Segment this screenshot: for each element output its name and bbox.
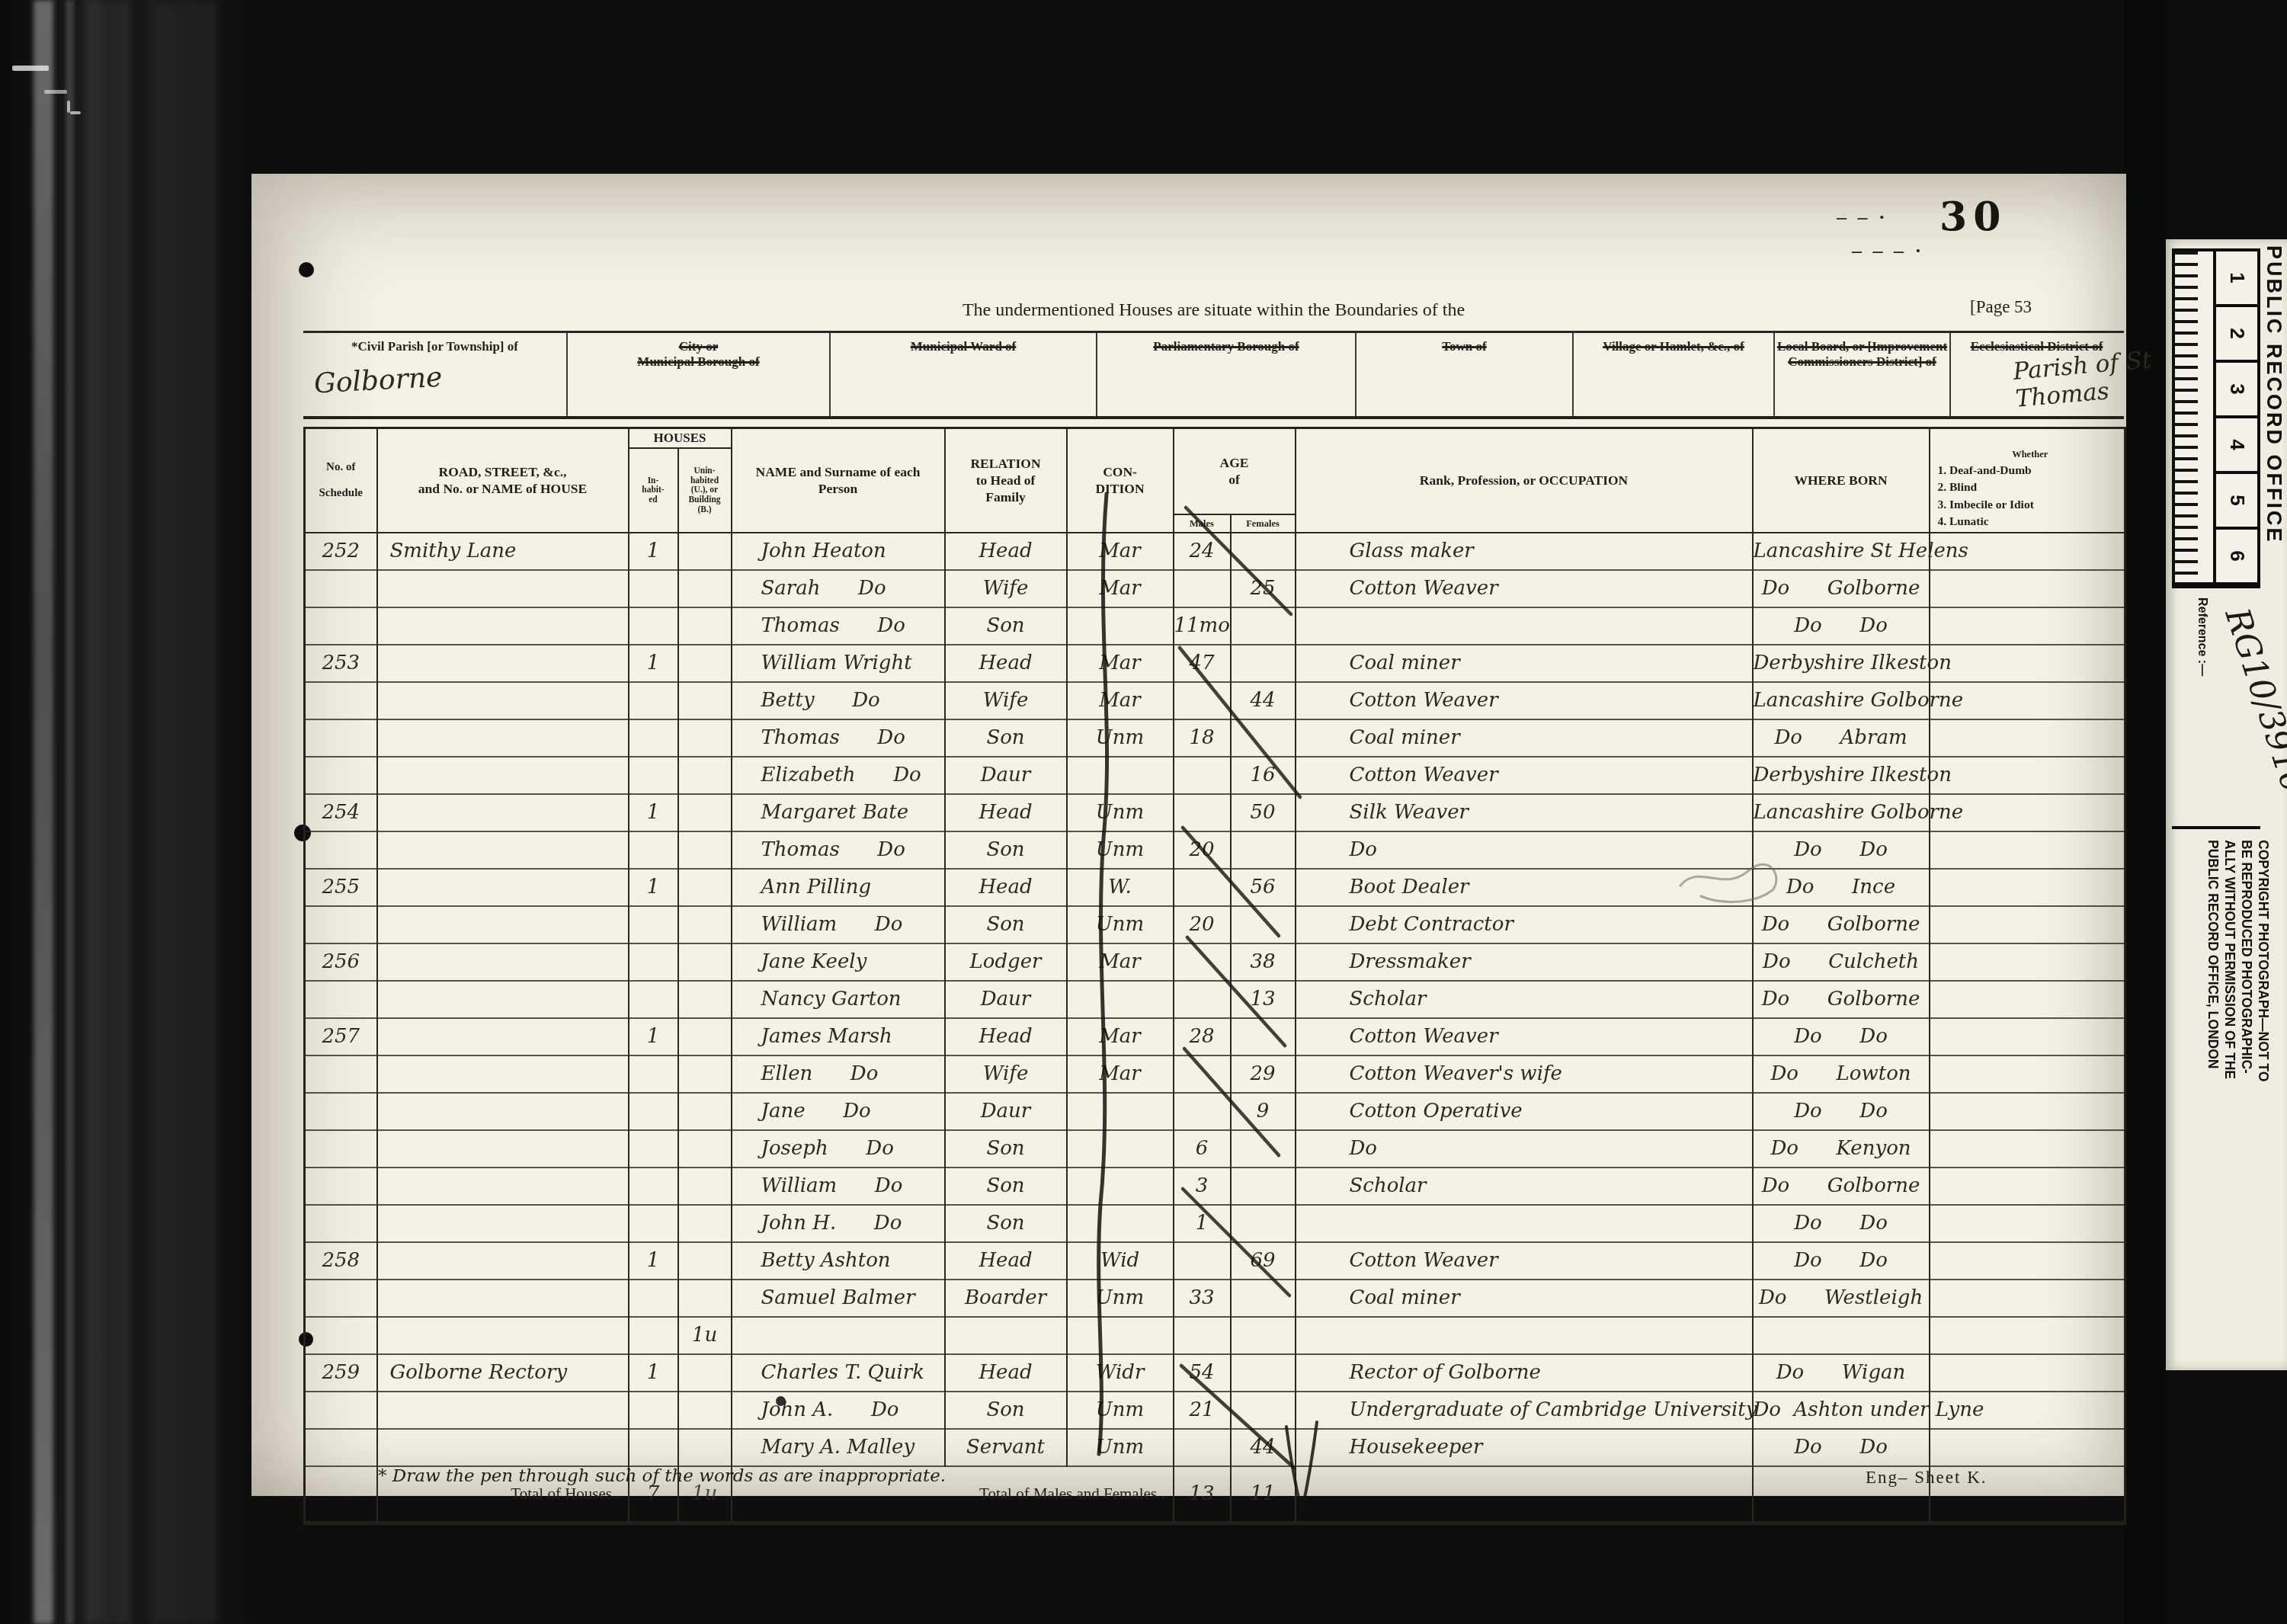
cell-name: Nancy Garton: [732, 981, 945, 1018]
cell-age-male: [1174, 981, 1231, 1018]
cell-condition: Unm: [1067, 794, 1174, 831]
cell-uninhabited: [678, 607, 732, 645]
cell-name: John Heaton: [732, 533, 945, 570]
cell-infirmity: [1930, 1055, 2125, 1093]
cell-age-male: [1174, 794, 1231, 831]
cell-schedule: [305, 1055, 377, 1093]
cell-schedule: [305, 1130, 377, 1168]
cell-age-female: [1231, 831, 1296, 869]
whether-items: 1. Deaf-and-Dumb 2. Blind 3. Imbecile or…: [1938, 464, 2034, 528]
cell-age-male: 6: [1174, 1130, 1231, 1168]
cell-age-female: [1231, 1168, 1296, 1205]
cell-relation: Son: [945, 607, 1067, 645]
cell-inhabited: 1: [629, 869, 678, 906]
cell-uninhabited: [678, 1205, 732, 1242]
cell-age-male: 3: [1174, 1168, 1231, 1205]
page-number-stamp: 30: [1939, 194, 2007, 240]
cell-road: [377, 607, 629, 645]
cell-occupation: Silk Weaver: [1296, 794, 1753, 831]
cell-infirmity: [1930, 831, 2125, 869]
cell-age-female: [1231, 607, 1296, 645]
cell-age-male: [1174, 943, 1231, 981]
cell-schedule: 253: [305, 645, 377, 682]
ruler-cell: 4: [2216, 418, 2257, 474]
cell-age-female: [1231, 906, 1296, 943]
cell-road: [377, 906, 629, 943]
film-scratch: [12, 66, 49, 71]
cell-uninhabited: [678, 1168, 732, 1205]
cell-name: Ann Pilling: [732, 869, 945, 906]
cell-age-female: 44: [1231, 682, 1296, 719]
col-header-inhabited: In- habit- ed: [629, 448, 678, 533]
table-row: Thomas Do Son Unm 20 Do Do Do: [305, 831, 2125, 869]
cell-condition: Mar: [1067, 1055, 1174, 1093]
cell-where-born: Do Golborne: [1753, 981, 1930, 1018]
punch-hole: [299, 262, 314, 277]
cell-name: John H. Do: [732, 1205, 945, 1242]
cell-relation: Boarder: [945, 1280, 1067, 1317]
table-row: 259 Golborne Rectory 1 Charles T. Quirk …: [305, 1354, 2125, 1392]
cell-relation: Head: [945, 794, 1067, 831]
table-row: Mary A. Malley Servant Unm 44 Housekeepe…: [305, 1429, 2125, 1466]
table-row: 253 1 William Wright Head Mar 47 Coal mi…: [305, 645, 2125, 682]
cell-infirmity: [1930, 1130, 2125, 1168]
cell-inhabited: [629, 831, 678, 869]
cell-condition: W.: [1067, 869, 1174, 906]
cell-infirmity: [1930, 719, 2125, 757]
cell-name: Ellen Do: [732, 1055, 945, 1093]
cell-age-female: [1231, 1317, 1296, 1354]
cell-occupation: Boot Dealer: [1296, 869, 1753, 906]
page-title: The undermentioned Houses are situate wi…: [303, 300, 2124, 321]
cell-uninhabited: [678, 1093, 732, 1130]
cell-where-born: Do Golborne: [1753, 1168, 1930, 1205]
ruler-cell: 2: [2216, 307, 2257, 363]
cell-relation: Head: [945, 1018, 1067, 1055]
table-row: 257 1 James Marsh Head Mar 28 Cotton Wea…: [305, 1018, 2125, 1055]
ruler-cells: 1 2 3 4 5 6: [2216, 251, 2257, 582]
cell-condition: Mar: [1067, 682, 1174, 719]
cell-name: James Marsh: [732, 1018, 945, 1055]
field-civil-parish: *Civil Parish [or Township] of Golborne: [303, 333, 568, 416]
cell-infirmity: [1930, 1280, 2125, 1317]
cell-infirmity: [1930, 1317, 2125, 1354]
cell-where-born: Do Abram: [1753, 719, 1930, 757]
cell-name: Charles T. Quirk: [732, 1354, 945, 1392]
cell-schedule: 259: [305, 1354, 377, 1392]
cell-occupation: Do: [1296, 1130, 1753, 1168]
cell-age-female: 56: [1231, 869, 1296, 906]
cell-where-born: Do Golborne: [1753, 570, 1930, 607]
cell-uninhabited: [678, 570, 732, 607]
cell-infirmity: [1930, 645, 2125, 682]
ruler-cell: 3: [2216, 363, 2257, 418]
cell-schedule: 255: [305, 869, 377, 906]
cell-name: William Do: [732, 906, 945, 943]
cell-schedule: [305, 1429, 377, 1466]
cell-inhabited: [629, 757, 678, 794]
cell-relation: Son: [945, 1392, 1067, 1429]
cell-schedule: [305, 1093, 377, 1130]
cell-condition: [1067, 1130, 1174, 1168]
cell-relation: Son: [945, 831, 1067, 869]
cell-condition: Widr: [1067, 1354, 1174, 1392]
cell-relation: Wife: [945, 682, 1067, 719]
cell-uninhabited: [678, 943, 732, 981]
sheet-label: Eng– Sheet K.: [1866, 1468, 1988, 1488]
col-header-uninhabited: Unin- habited (U.), or Building (B.): [678, 448, 732, 533]
stamp-dashes: – – – ·: [1852, 239, 1924, 262]
cell-where-born: Do Lowton: [1753, 1055, 1930, 1093]
cell-occupation: [1296, 607, 1753, 645]
cell-where-born: Do Do: [1753, 1018, 1930, 1055]
cell-infirmity: [1930, 981, 2125, 1018]
field-village-hamlet: Village or Hamlet, &c., of: [1574, 333, 1775, 416]
cell-age-male: 20: [1174, 831, 1231, 869]
table-row: 256 Jane Keely Lodger Mar 38 Dressmaker …: [305, 943, 2125, 981]
cell-schedule: [305, 1205, 377, 1242]
cell-road: [377, 981, 629, 1018]
cell-age-female: [1231, 1280, 1296, 1317]
cell-schedule: 252: [305, 533, 377, 570]
cell-schedule: [305, 757, 377, 794]
stamp-dashes: – – ·: [1837, 206, 1888, 229]
cell-uninhabited: [678, 981, 732, 1018]
film-scratch: [67, 101, 70, 113]
cell-name: William Wright: [732, 645, 945, 682]
cell-relation: Head: [945, 869, 1067, 906]
cell-occupation: Rector of Golborne: [1296, 1354, 1753, 1392]
cell-road: [377, 869, 629, 906]
field-parliamentary-borough: Parliamentary Borough of: [1097, 333, 1357, 416]
cell-age-male: 18: [1174, 719, 1231, 757]
cell-uninhabited: [678, 1055, 732, 1093]
ruler-number: 2: [2225, 328, 2249, 338]
cell-where-born: Derbyshire Ilkeston: [1753, 645, 1930, 682]
cell-relation: Head: [945, 533, 1067, 570]
cell-road: [377, 943, 629, 981]
cell-road: [377, 1018, 629, 1055]
cell-inhabited: [629, 1205, 678, 1242]
cell-name: Thomas Do: [732, 719, 945, 757]
cell-occupation: Coal miner: [1296, 645, 1753, 682]
cell-road: [377, 1093, 629, 1130]
cell-road: [377, 757, 629, 794]
cell-uninhabited: [678, 719, 732, 757]
film-scratch: [70, 111, 81, 114]
table-row: 258 1 Betty Ashton Head Wid 69 Cotton We…: [305, 1242, 2125, 1280]
cell-occupation: Cotton Weaver: [1296, 757, 1753, 794]
cell-relation: Head: [945, 645, 1067, 682]
table-row: John A. Do Son Unm 21 Undergraduate of C…: [305, 1392, 2125, 1429]
census-scan: – – · – – – · 30 The undermentioned Hous…: [0, 0, 2287, 1624]
table-row: 255 1 Ann Pilling Head W. 56 Boot Dealer…: [305, 869, 2125, 906]
cell-schedule: [305, 682, 377, 719]
cell-occupation: [1296, 1317, 1753, 1354]
cell-inhabited: 1: [629, 794, 678, 831]
cell-blank: [1296, 1466, 1753, 1523]
field-ecclesiastical-district: Ecclesiastical District of Parish of St …: [1951, 333, 2122, 416]
table-row: Betty Do Wife Mar 44 Cotton Weaver Lanca…: [305, 682, 2125, 719]
cell-schedule: [305, 1168, 377, 1205]
cell-where-born: Lancashire Golborne: [1753, 682, 1930, 719]
cell-age-female: [1231, 533, 1296, 570]
table-row: William Do Son Unm 20 Debt Contractor Do…: [305, 906, 2125, 943]
ruler-ticks: [2175, 251, 2216, 582]
cell-name: Samuel Balmer: [732, 1280, 945, 1317]
table-row: William Do Son 3 Scholar Do Golborne: [305, 1168, 2125, 1205]
cell-condition: Unm: [1067, 1280, 1174, 1317]
table-row: Nancy Garton Daur 13 Scholar Do Golborne: [305, 981, 2125, 1018]
cell-occupation: Cotton Operative: [1296, 1093, 1753, 1130]
cell-occupation: Glass maker: [1296, 533, 1753, 570]
cell-infirmity: [1930, 943, 2125, 981]
cell-condition: [1067, 981, 1174, 1018]
cell-condition: Mar: [1067, 570, 1174, 607]
cell-infirmity: [1930, 1354, 2125, 1392]
field-label: Local Board, or [Improvement Commissione…: [1775, 339, 1949, 370]
cell-where-born: Do Do: [1753, 607, 1930, 645]
col-header-where-born: WHERE BORN: [1753, 428, 1930, 533]
cell-age-male: 33: [1174, 1280, 1231, 1317]
ruler-number: 6: [2225, 550, 2249, 561]
cell-relation: Servant: [945, 1429, 1067, 1466]
cell-age-female: 44: [1231, 1429, 1296, 1466]
cell-condition: Wid: [1067, 1242, 1174, 1280]
cell-uninhabited: [678, 645, 732, 682]
col-header-occupation: Rank, Profession, or OCCUPATION: [1296, 428, 1753, 533]
field-value-handwritten: Golborne: [313, 362, 443, 400]
cell-inhabited: [629, 682, 678, 719]
cell-where-born: Lancashire St Helens: [1753, 533, 1930, 570]
ruler-cell: 6: [2216, 530, 2257, 582]
cell-uninhabited: [678, 1130, 732, 1168]
cell-uninhabited: [678, 1392, 732, 1429]
cell-road: [377, 1429, 629, 1466]
cell-infirmity: [1930, 1205, 2125, 1242]
cell-name: Mary A. Malley: [732, 1429, 945, 1466]
cell-road: [377, 1392, 629, 1429]
cell-condition: [1067, 1317, 1174, 1354]
cell-age-male: 1: [1174, 1205, 1231, 1242]
cell-uninhabited: [678, 794, 732, 831]
cell-relation: Son: [945, 1130, 1067, 1168]
cell-relation: Daur: [945, 1093, 1067, 1130]
cell-name: Betty Do: [732, 682, 945, 719]
photographic-ruler: 1 2 3 4 5 6: [2172, 248, 2260, 585]
cell-uninhabited: [678, 1242, 732, 1280]
cell-age-female: [1231, 1354, 1296, 1392]
cell-condition: [1067, 607, 1174, 645]
cell-uninhabited: [678, 831, 732, 869]
cell-infirmity: [1930, 1018, 2125, 1055]
cell-relation: [945, 1317, 1067, 1354]
table-row: Samuel Balmer Boarder Unm 33 Coal miner …: [305, 1280, 2125, 1317]
cell-road: [377, 570, 629, 607]
cell-occupation: Undergraduate of Cambridge University: [1296, 1392, 1753, 1429]
cell-occupation: Housekeeper: [1296, 1429, 1753, 1466]
cell-where-born: [1753, 1317, 1930, 1354]
ruler-cell: 5: [2216, 474, 2257, 530]
ruler-number: 3: [2225, 383, 2249, 394]
cell-age-male: [1174, 570, 1231, 607]
enumeration-table: No. of Schedule ROAD, STREET, &c., and N…: [303, 427, 2126, 1525]
cell-infirmity: [1930, 869, 2125, 906]
total-females: 11: [1231, 1466, 1296, 1523]
cell-relation: Son: [945, 719, 1067, 757]
table-header: No. of Schedule ROAD, STREET, &c., and N…: [305, 428, 2125, 533]
cell-infirmity: [1930, 607, 2125, 645]
cell-relation: Lodger: [945, 943, 1067, 981]
field-town: Town of: [1357, 333, 1574, 416]
cell-infirmity: [1930, 1242, 2125, 1280]
cell-name: Elizabeth Do: [732, 757, 945, 794]
cell-age-female: 50: [1231, 794, 1296, 831]
cell-age-male: [1174, 1093, 1231, 1130]
cell-road: [377, 1317, 629, 1354]
cell-uninhabited: [678, 1354, 732, 1392]
cell-schedule: 254: [305, 794, 377, 831]
table-row: Sarah Do Wife Mar 25 Cotton Weaver Do Go…: [305, 570, 2125, 607]
cell-infirmity: [1930, 1168, 2125, 1205]
cell-name: Betty Ashton: [732, 1242, 945, 1280]
cell-age-male: [1174, 757, 1231, 794]
cell-age-female: 25: [1231, 570, 1296, 607]
cell-age-male: 28: [1174, 1018, 1231, 1055]
cell-where-born: Do Ince: [1753, 869, 1930, 906]
col-header-infirmity: Whether1. Deaf-and-Dumb 2. Blind 3. Imbe…: [1930, 428, 2125, 533]
cell-age-male: [1174, 869, 1231, 906]
field-local-board: Local Board, or [Improvement Commissione…: [1775, 333, 1951, 416]
cell-inhabited: [629, 1055, 678, 1093]
cell-uninhabited: [678, 1429, 732, 1466]
cell-condition: [1067, 1205, 1174, 1242]
cell-age-female: 16: [1231, 757, 1296, 794]
table-row: Thomas Do Son 11mo Do Do: [305, 607, 2125, 645]
page-label: [Page 53: [1970, 297, 2032, 317]
cell-road: [377, 719, 629, 757]
cell-occupation: Cotton Weaver's wife: [1296, 1055, 1753, 1093]
cell-age-female: [1231, 1392, 1296, 1429]
cell-schedule: [305, 1392, 377, 1429]
cell-inhabited: [629, 981, 678, 1018]
cell-occupation: Dressmaker: [1296, 943, 1753, 981]
cell-occupation: Cotton Weaver: [1296, 1018, 1753, 1055]
cell-condition: Unm: [1067, 1429, 1174, 1466]
cell-age-male: 24: [1174, 533, 1231, 570]
cell-age-male: [1174, 1055, 1231, 1093]
col-header-road: ROAD, STREET, &c., and No. or NAME of HO…: [377, 428, 629, 533]
cell-where-born: Derbyshire Ilkeston: [1753, 757, 1930, 794]
cell-name: Thomas Do: [732, 831, 945, 869]
cell-infirmity: [1930, 757, 2125, 794]
cell-age-female: 69: [1231, 1242, 1296, 1280]
cell-infirmity: [1930, 570, 2125, 607]
table-row: John H. Do Son 1 Do Do: [305, 1205, 2125, 1242]
cell-condition: Mar: [1067, 943, 1174, 981]
col-header-relation: RELATION to Head of Family: [945, 428, 1067, 533]
copyright-notice: COPYRIGHT PHOTOGRAPH—NOT TO BE REPRODUCE…: [2205, 840, 2272, 1267]
cell-age-female: [1231, 1018, 1296, 1055]
table-row: 254 1 Margaret Bate Head Unm 50 Silk Wea…: [305, 794, 2125, 831]
census-page: – – · – – – · 30 The undermentioned Hous…: [251, 174, 2126, 1496]
public-record-office-strip: 1 2 3 4 5 6 PUBLIC RECORD OFFICE Referen…: [2166, 239, 2287, 1370]
cell-occupation: Cotton Weaver: [1296, 682, 1753, 719]
col-header-condition: CON- DITION: [1067, 428, 1174, 533]
cell-age-female: [1231, 1205, 1296, 1242]
cell-where-born: Do Kenyon: [1753, 1130, 1930, 1168]
cell-occupation: Coal miner: [1296, 1280, 1753, 1317]
cell-schedule: [305, 719, 377, 757]
cell-inhabited: 1: [629, 1018, 678, 1055]
cell-inhabited: [629, 719, 678, 757]
cell-schedule: [305, 981, 377, 1018]
cell-condition: Mar: [1067, 533, 1174, 570]
cell-age-female: [1231, 1130, 1296, 1168]
cell-condition: Unm: [1067, 906, 1174, 943]
cell-infirmity: [1930, 1429, 2125, 1466]
cell-where-born: Do Ashton under Lyne: [1753, 1392, 1930, 1429]
col-header-houses: HOUSES: [629, 428, 732, 449]
col-header-schedule: No. of Schedule: [305, 428, 377, 533]
col-header-name: NAME and Surname of each Person: [732, 428, 945, 533]
cell-road: [377, 1205, 629, 1242]
cell-where-born: Do Do: [1753, 831, 1930, 869]
cell-uninhabited: [678, 869, 732, 906]
cell-road: [377, 794, 629, 831]
cell-name: Jane Keely: [732, 943, 945, 981]
cell-name: Jane Do: [732, 1093, 945, 1130]
cell-inhabited: [629, 1317, 678, 1354]
cell-blank: [305, 1466, 377, 1523]
cell-schedule: 258: [305, 1242, 377, 1280]
cell-uninhabited: 1u: [678, 1317, 732, 1354]
ruler-number: 1: [2225, 272, 2249, 283]
film-scratch: [44, 90, 67, 94]
cell-relation: Son: [945, 1168, 1067, 1205]
field-label: Village or Hamlet, &c., of: [1574, 339, 1773, 354]
cell-schedule: 257: [305, 1018, 377, 1055]
table-row: Jane Do Daur 9 Cotton Operative Do Do: [305, 1093, 2125, 1130]
cell-inhabited: [629, 1130, 678, 1168]
table-row: Elizabeth Do Daur 16 Cotton Weaver Derby…: [305, 757, 2125, 794]
cell-inhabited: [629, 1168, 678, 1205]
cell-name: Margaret Bate: [732, 794, 945, 831]
cell-inhabited: [629, 1392, 678, 1429]
cell-age-male: [1174, 1242, 1231, 1280]
field-label: Town of: [1357, 339, 1572, 354]
cell-road: [377, 645, 629, 682]
cell-road: [377, 1168, 629, 1205]
cell-condition: [1067, 757, 1174, 794]
field-label: City or Municipal Borough of: [568, 339, 829, 370]
cell-name: Joseph Do: [732, 1130, 945, 1168]
cell-relation: Head: [945, 1242, 1067, 1280]
cell-inhabited: [629, 1280, 678, 1317]
cell-inhabited: [629, 570, 678, 607]
cell-uninhabited: [678, 906, 732, 943]
ruler-number: 5: [2225, 495, 2249, 505]
cell-uninhabited: [678, 757, 732, 794]
field-label: Municipal Ward of: [831, 339, 1096, 354]
cell-condition: Mar: [1067, 1018, 1174, 1055]
cell-relation: Daur: [945, 757, 1067, 794]
cell-schedule: 256: [305, 943, 377, 981]
cell-occupation: Do: [1296, 831, 1753, 869]
table-row: Thomas Do Son Unm 18 Coal miner Do Abram: [305, 719, 2125, 757]
cell-where-born: Do Wigan: [1753, 1354, 1930, 1392]
cell-occupation: Coal miner: [1296, 719, 1753, 757]
